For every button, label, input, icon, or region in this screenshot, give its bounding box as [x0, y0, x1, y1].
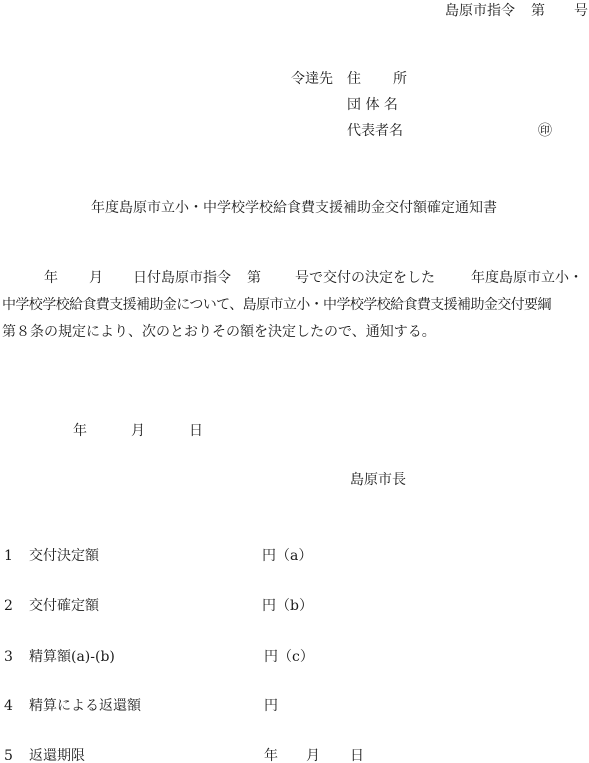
- item-deadline-day: 日: [350, 749, 364, 763]
- body-dai: 第: [247, 271, 261, 285]
- item-label: 交付決定額: [29, 549, 99, 563]
- item-label: 精算額(a)-(b): [29, 650, 115, 664]
- item-label: 交付確定額: [29, 599, 99, 613]
- item-deadline-month: 月: [306, 749, 320, 763]
- item-number: 3: [4, 650, 13, 664]
- body-line3: 第８条の規定により、次のとおりその額を決定したので、通知する。: [2, 325, 436, 339]
- issuer: 島原市長: [350, 473, 406, 487]
- date-month: 月: [131, 424, 145, 438]
- reference-dai: 第: [531, 4, 545, 18]
- reference-go: 号: [574, 4, 588, 18]
- seal-mark-icon: ㊞: [538, 124, 552, 138]
- item-number: 5: [4, 749, 13, 763]
- body-line1-ref: 日付島原市指令: [133, 271, 231, 285]
- item-unit: 円（b）: [262, 599, 313, 613]
- item-unit: 円（c）: [264, 650, 314, 664]
- address-label-1: 住: [347, 72, 361, 86]
- body-line2: 中学校学校給食費支援補助金について、島原市立小・中学校学校給食費支援補助金交付要…: [2, 298, 551, 312]
- date-year: 年: [73, 424, 87, 438]
- item-unit: 円: [264, 699, 278, 713]
- item-number: 1: [4, 549, 13, 563]
- address-label-2: 所: [393, 72, 407, 86]
- body-line1-decision: 号で交付の決定をした: [295, 271, 435, 285]
- recipient-label: 令達先: [291, 72, 333, 86]
- item-label: 精算による返還額: [29, 699, 141, 713]
- date-day: 日: [189, 424, 203, 438]
- item-number: 2: [4, 599, 13, 613]
- reference-city: 島原市指令: [445, 4, 515, 18]
- document-title: 年度島原市立小・中学校学校給食費支援補助金交付額確定通知書: [91, 201, 497, 215]
- representative-label: 代表者名: [347, 124, 403, 138]
- item-number: 4: [4, 699, 13, 713]
- body-year: 年: [44, 271, 58, 285]
- organization-label: 団 体 名: [347, 98, 398, 112]
- item-label: 返還期限: [29, 749, 85, 763]
- item-unit: 円（a）: [262, 549, 312, 563]
- body-line1-end: 年度島原市立小・: [471, 271, 583, 285]
- item-deadline-year: 年: [264, 749, 278, 763]
- body-month: 月: [89, 271, 103, 285]
